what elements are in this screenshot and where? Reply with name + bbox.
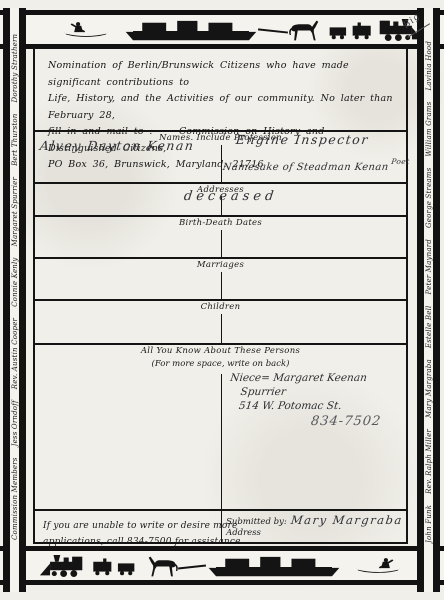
column-divider	[221, 272, 223, 299]
locomotive-icon	[28, 553, 84, 579]
assistance-note-line1: If you are unable to write or desire mor…	[43, 519, 241, 535]
handwritten-profession: Engine Inspector	[235, 132, 370, 147]
member-name: Rev. Austin Cooper	[11, 318, 19, 389]
left-frame-bar-outer	[3, 8, 10, 592]
canoe-icon	[352, 557, 404, 576]
row-addresses: Addresses deceased	[35, 184, 406, 217]
member-name: Mary Margraba	[425, 359, 433, 418]
about-line3: 514 W. Potomac St.	[238, 399, 384, 413]
handwritten-namesake-note: Namesake of Steadman KenanPoet	[222, 157, 410, 173]
row-birth-death: Birth-Death Dates	[35, 217, 406, 259]
member-name: Estelle Bell	[425, 306, 433, 349]
submitted-by: Submitted by:Mary Margraba	[226, 513, 402, 527]
about-sublabel: (For more space, write on back)	[35, 359, 406, 369]
namesake-text: Namesake of Steadman Kenan	[222, 162, 389, 173]
about-line2: Spurrier	[240, 385, 386, 399]
right-frame-bar-inner	[417, 8, 424, 592]
row-names: Names. Include Profession Alvey Dayton K…	[35, 132, 406, 184]
row-footer: If you are unable to write or desire mor…	[35, 511, 406, 542]
right-frame-bar-outer	[433, 8, 440, 592]
row-children: Children	[35, 301, 406, 345]
header-line1: Nomination of Berlin/Brunswick Citizens …	[48, 58, 396, 91]
canoe-icon	[60, 21, 112, 40]
canal-boat-icon	[205, 555, 343, 579]
marriages-label: Marriages	[35, 260, 406, 270]
assistance-note: If you are unable to write or desire mor…	[43, 519, 241, 550]
member-name: Lavinia Hood	[425, 41, 433, 91]
about-label: All You Know About These Persons	[35, 346, 406, 356]
row-marriages: Marriages	[35, 259, 406, 301]
children-label: Children	[35, 302, 406, 312]
member-name: Bert Thurston	[11, 113, 19, 165]
bottom-frame-bar-outer	[0, 580, 444, 585]
namesake-superscript: Poet	[391, 157, 410, 166]
member-name: Rev. Ralph Miller	[425, 429, 433, 494]
member-name: John Funk	[425, 505, 433, 543]
freight-cars-icon	[90, 558, 136, 577]
form-header: Nomination of Berlin/Brunswick Citizens …	[35, 49, 406, 132]
assistance-note-line2: applications, call 834-7500 for assistan…	[43, 535, 241, 551]
handwritten-name: Alvey Dayton Kenan	[39, 138, 195, 153]
handwritten-submitter-name: Mary Margraba	[290, 513, 404, 527]
about-phone-number: 834-7502	[310, 415, 382, 429]
freight-cars-icon	[328, 22, 374, 41]
handwritten-about-notes: Niece= Margaret Keenan Spurrier 514 W. P…	[224, 371, 387, 429]
member-name: Jess Orndoff	[11, 400, 19, 446]
member-name: Connie Kenly	[11, 257, 19, 306]
member-name: George Streams	[425, 168, 433, 228]
handwritten-deceased: deceased	[183, 189, 278, 204]
address-label: Address	[226, 528, 261, 538]
submitted-by-label: Submitted by:	[226, 517, 287, 527]
horse-icon	[145, 554, 181, 579]
row-about: All You Know About These Persons (For mo…	[35, 345, 406, 511]
nomination-form: Nomination of Berlin/Brunswick Citizens …	[33, 47, 408, 544]
horse-icon	[286, 18, 322, 43]
canal-boat-icon	[122, 19, 260, 43]
member-name: William Grams	[425, 102, 433, 157]
column-divider	[221, 145, 223, 182]
left-strip-names: Commission Members Jess Orndoff Rev. Aus…	[11, 34, 19, 540]
column-divider	[221, 230, 223, 257]
left-frame-bar-inner	[19, 8, 26, 592]
header-line2: Life, History, and the Activities of our…	[48, 91, 396, 124]
about-line1: Niece= Margaret Keenan	[230, 371, 388, 385]
commission-members-label: Commission Members	[11, 457, 19, 540]
member-name: Peter Maynard	[425, 239, 433, 294]
right-strip-names: John Funk Rev. Ralph Miller Mary Margrab…	[425, 41, 433, 543]
column-divider	[221, 374, 223, 509]
birth-death-label: Birth-Death Dates	[35, 218, 406, 228]
member-name: Dorothy Strathern	[11, 34, 19, 103]
member-name: Margaret Spurrier	[11, 177, 19, 246]
column-divider	[221, 314, 223, 343]
scanned-nomination-form: Commission Members Jess Orndoff Rev. Aus…	[0, 0, 444, 600]
